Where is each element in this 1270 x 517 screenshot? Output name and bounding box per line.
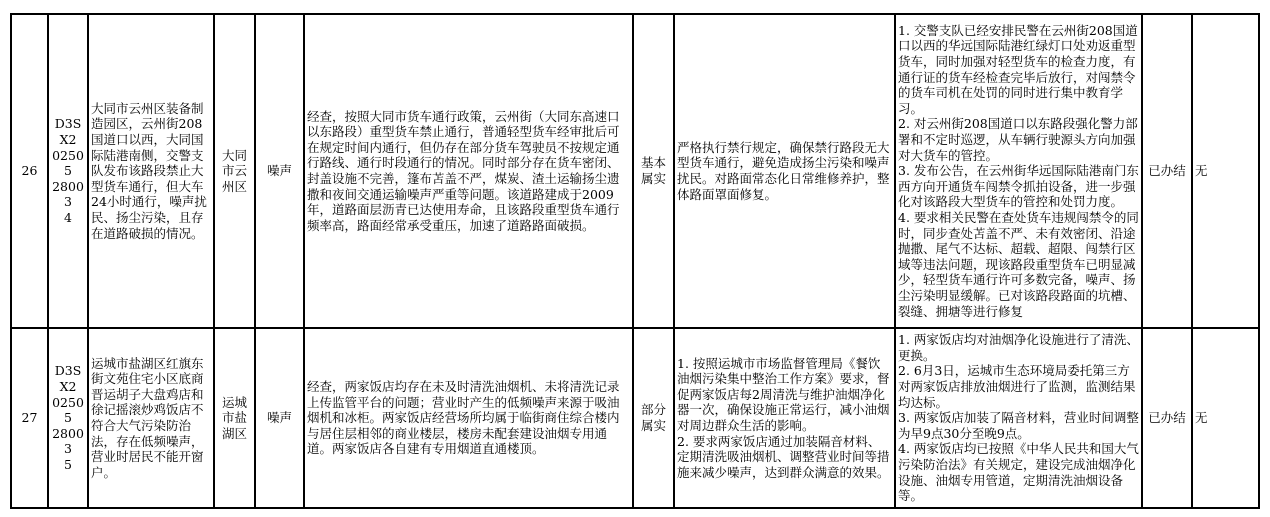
pollution-category: 噪声 — [255, 14, 304, 328]
case-code: D3SX2 02505 28003 5 — [48, 328, 88, 508]
complaint-content: 运城市盐湖区红旗东街文苑住宅小区底商晋运胡子大盘鸡店和徐记摇滚炒鸡饭店不符合大气… — [88, 328, 214, 508]
investigation-findings: 经查，按照大同市货车通行政策，云州街（大同东高速口以东路段）重型货车禁止通行，普… — [304, 14, 633, 328]
case-code: D3SX2 02505 28003 4 — [48, 14, 88, 328]
result-item: 2. 6月3日，运城市生态环境局委托第三方对两家饭店排放油烟进行了监测，监测结果… — [898, 363, 1139, 410]
case-code-line: 4 — [51, 210, 85, 226]
measure-item: 1. 按照运城市市场监督管理局《餐饮油烟污染集中整治工作方案》要求，督促两家饭店… — [677, 356, 892, 434]
case-code-line: 5 — [51, 457, 85, 473]
verdict: 基本属实 — [633, 14, 674, 328]
case-code-line: 02505 — [51, 395, 85, 426]
row-index: 27 — [11, 328, 48, 508]
case-code-line: 28003 — [51, 179, 85, 210]
result-item: 4. 两家饭店均已按照《中华人民共和国大气污染防治法》有关规定，建设完成油烟净化… — [898, 441, 1139, 503]
complaint-report-table: 26 D3SX2 02505 28003 4 大同市云州区装备制造园区，云州街2… — [10, 13, 1260, 509]
result-item: 1. 两家饭店均对油烟净化设施进行了清洗、更换。 — [898, 332, 1139, 363]
district: 运城市盐湖区 — [214, 328, 255, 508]
results-clip: 1. 两家饭店均对油烟净化设施进行了清洗、更换。 2. 6月3日，运城市生态环境… — [898, 332, 1139, 504]
investigation-findings: 经查，两家饭店均存在未及时清洗油烟机、未将清洗记录上传监管平台的问题；营业时产生… — [304, 328, 633, 508]
rectification-results: 1. 两家饭店均对油烟净化设施进行了清洗、更换。 2. 6月3日，运城市生态环境… — [895, 328, 1142, 508]
measure-item: 2. 要求两家饭店通过加装隔音材料、定期清洗吸油烟机、调整营业时间等措施来减少噪… — [677, 434, 892, 481]
status: 已办结 — [1142, 14, 1192, 328]
case-code-line: D3SX2 — [51, 116, 85, 147]
table-row: 26 D3SX2 02505 28003 4 大同市云州区装备制造园区，云州街2… — [11, 14, 1259, 328]
complaint-content: 大同市云州区装备制造园区，云州街208国道口以西，大同国际陆港南侧，交警支队发布… — [88, 14, 214, 328]
result-item: 2. 对云州街208国道口以东路段强化警力部署和不定时巡逻，从车辆行驶源头方向加… — [898, 116, 1139, 163]
pollution-category: 噪声 — [255, 328, 304, 508]
result-item: 3. 发布公告，在云州街华远国际陆港南门东西方向开通货车闯禁令抓拍设备，进一步强… — [898, 163, 1139, 210]
case-code-line: D3SX2 — [51, 363, 85, 394]
result-item: 3. 两家饭店加装了隔音材料，营业时间调整为早9点30分至晚9点。 — [898, 410, 1139, 441]
accountability: 无 — [1192, 328, 1259, 508]
result-item: 1. 交警支队已经安排民警在云州街208国道口以西的华远国际陆港红绿灯口处劝返重… — [898, 23, 1139, 117]
result-item: 4. 要求相关民警在查处货车违规闯禁令的同时，同步查处苫盖不严、未有效密闭、沿途… — [898, 210, 1139, 319]
district: 大同市云州区 — [214, 14, 255, 328]
table-row: 27 D3SX2 02505 28003 5 运城市盐湖区红旗东街文苑住宅小区底… — [11, 328, 1259, 508]
case-code-line: 02505 — [51, 148, 85, 179]
verdict: 部分属实 — [633, 328, 674, 508]
results-clip: 1. 交警支队已经安排民警在云州街208国道口以西的华远国际陆港红绿灯口处劝返重… — [898, 23, 1139, 319]
rectification-measures: 严格执行禁行规定，确保禁行路段无大型货车通行，避免造成扬尘污染和噪声扰民。对路面… — [674, 14, 895, 328]
rectification-results: 1. 交警支队已经安排民警在云州街208国道口以西的华远国际陆港红绿灯口处劝返重… — [895, 14, 1142, 328]
accountability: 无 — [1192, 14, 1259, 328]
status: 已办结 — [1142, 328, 1192, 508]
row-index: 26 — [11, 14, 48, 328]
case-code-line: 28003 — [51, 426, 85, 457]
rectification-measures: 1. 按照运城市市场监督管理局《餐饮油烟污染集中整治工作方案》要求，督促两家饭店… — [674, 328, 895, 508]
